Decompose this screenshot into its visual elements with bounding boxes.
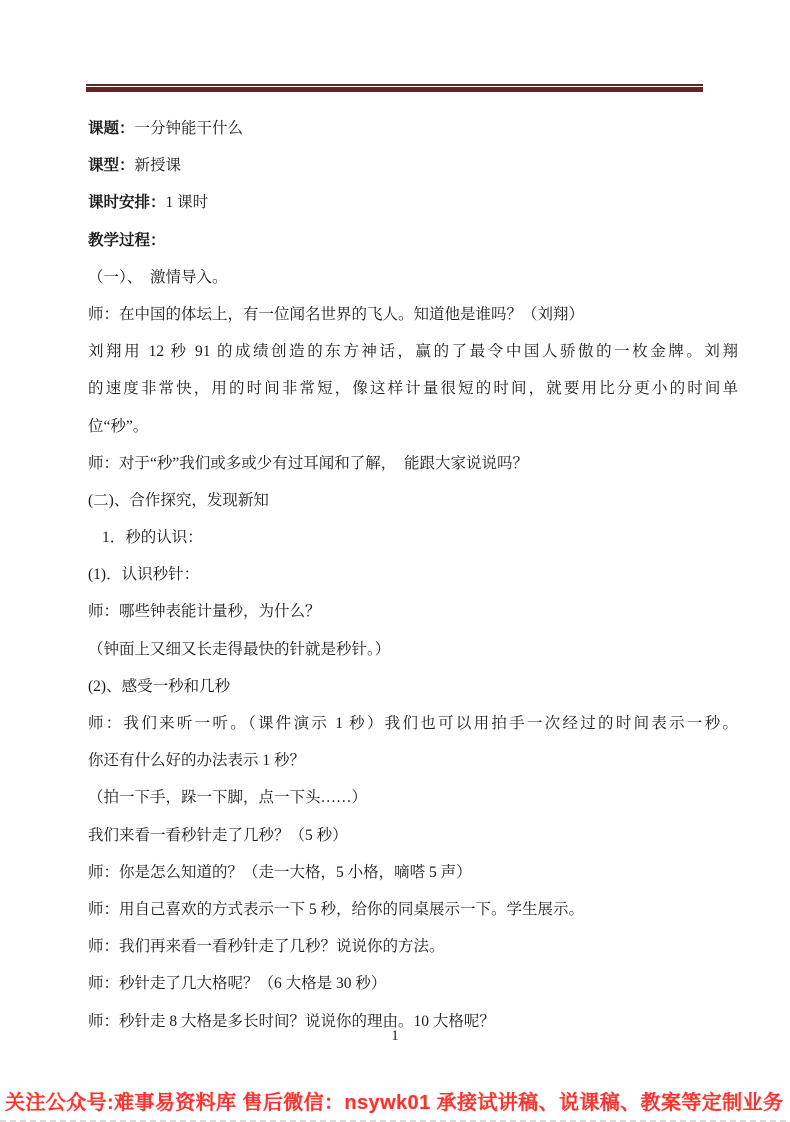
document-page: 课题：一分钟能干什么课型：新授课课时安排：1 课时教学过程：（一）、 激情导入。… — [0, 0, 790, 1122]
text-line: (2)、感受一秒和几秒 — [88, 668, 738, 705]
line-text: 师：用自己喜欢的方式表示一下 5 秒，给你的同桌展示一下。学生展示。 — [88, 901, 584, 918]
line-text: 刘翔用 12 秒 91 的成绩创造的东方神话，赢的了最令中国人骄傲的一枚金牌。刘… — [88, 343, 738, 360]
text-line: 师：在中国的体坛上，有一位闻名世界的飞人。知道他是谁吗？（刘翔） — [88, 296, 738, 333]
text-line: 师：秒针走了几大格呢？（6 大格是 30 秒） — [88, 965, 738, 1002]
text-line: 课时安排：1 课时 — [88, 184, 738, 221]
line-text: （拍一下手，跺一下脚，点一下头……） — [88, 789, 367, 806]
line-text: (2)、感受一秒和几秒 — [88, 678, 230, 695]
line-text: 位“秒”。 — [88, 418, 148, 435]
text-line: （一）、 激情导入。 — [88, 259, 738, 296]
line-text: 师：你是怎么知道的？（走一大格，5 小格，嘀嗒 5 声） — [88, 864, 472, 881]
text-line: (二)、合作探究，发现新知 — [88, 482, 738, 519]
line-text: 师：哪些钟表能计量秒，为什么？ — [88, 603, 321, 620]
line-text: 师：我们再来看一看秒针走了几秒？说说你的方法。 — [88, 938, 445, 955]
header-divider-thick-line — [86, 87, 703, 92]
page-number: 1 — [0, 1028, 790, 1045]
text-line: 课题：一分钟能干什么 — [88, 110, 738, 147]
text-line: 师：我们来听一听。（课件演示 1 秒）我们也可以用拍手一次经过的时间表示一秒。 — [88, 705, 738, 742]
header-divider-thin-line — [86, 84, 703, 86]
line-text: 的速度非常快，用的时间非常短，像这样计量很短的时间，就要用比分更小的时间单 — [88, 380, 738, 397]
line-label-bold: 课型： — [88, 157, 135, 174]
line-label-bold: 课时安排： — [88, 194, 166, 211]
line-text: 师：对于“秒”我们或多或少有过耳闻和了解， 能跟大家说说吗？ — [88, 455, 528, 472]
text-line: 的速度非常快，用的时间非常短，像这样计量很短的时间，就要用比分更小的时间单 — [88, 370, 738, 407]
text-line: 位“秒”。 — [88, 408, 738, 445]
line-text: 师：秒针走 8 大格是多长时间？说说你的理由。10 大格呢？ — [88, 1013, 495, 1030]
text-line: 师：用自己喜欢的方式表示一下 5 秒，给你的同桌展示一下。学生展示。 — [88, 891, 738, 928]
line-text: 师：在中国的体坛上，有一位闻名世界的飞人。知道他是谁吗？（刘翔） — [88, 306, 584, 323]
line-text: 一分钟能干什么 — [135, 120, 244, 137]
text-line: (1)．认识秒针： — [88, 556, 738, 593]
line-text: 新授课 — [135, 157, 182, 174]
text-line: 你还有什么好的办法表示 1 秒？ — [88, 742, 738, 779]
line-text: (二)、合作探究，发现新知 — [88, 492, 269, 509]
text-line: （钟面上又细又长走得最快的针就是秒针。） — [88, 631, 738, 668]
line-text: （钟面上又细又长走得最快的针就是秒针。） — [88, 641, 390, 658]
text-line: 师：我们再来看一看秒针走了几秒？说说你的方法。 — [88, 928, 738, 965]
line-text: (1)．认识秒针： — [88, 566, 199, 583]
line-text: （一）、 激情导入。 — [88, 269, 228, 286]
text-line: 师：对于“秒”我们或多或少有过耳闻和了解， 能跟大家说说吗？ — [88, 445, 738, 482]
line-label-bold: 课题： — [88, 120, 135, 137]
line-text: 1 课时 — [166, 194, 209, 211]
header-divider-rule — [86, 84, 703, 92]
text-line: 师：哪些钟表能计量秒，为什么？ — [88, 593, 738, 630]
footer-watermark-text: 关注公众号:难事易资料库 售后微信：nsywk01 承接试讲稿、说课稿、教案等定… — [5, 1086, 785, 1115]
line-text: 1．秒的认识： — [102, 529, 203, 546]
line-text: 你还有什么好的办法表示 1 秒？ — [88, 752, 305, 769]
document-lines: 课题：一分钟能干什么课型：新授课课时安排：1 课时教学过程：（一）、 激情导入。… — [88, 110, 738, 1040]
text-line: 刘翔用 12 秒 91 的成绩创造的东方神话，赢的了最令中国人骄傲的一枚金牌。刘… — [88, 333, 738, 370]
text-line: 教学过程： — [88, 222, 738, 259]
line-label-bold: 教学过程： — [88, 232, 166, 249]
text-line: 我们来看一看秒针走了几秒？（5 秒） — [88, 817, 738, 854]
line-text: 师：我们来听一听。（课件演示 1 秒）我们也可以用拍手一次经过的时间表示一秒。 — [88, 715, 738, 732]
text-line: （拍一下手，跺一下脚，点一下头……） — [88, 779, 738, 816]
line-text: 我们来看一看秒针走了几秒？（5 秒） — [88, 827, 348, 844]
text-line: 课型：新授课 — [88, 147, 738, 184]
text-line: 1．秒的认识： — [88, 519, 738, 556]
text-line: 师：你是怎么知道的？（走一大格，5 小格，嘀嗒 5 声） — [88, 854, 738, 891]
line-text: 师：秒针走了几大格呢？（6 大格是 30 秒） — [88, 975, 386, 992]
